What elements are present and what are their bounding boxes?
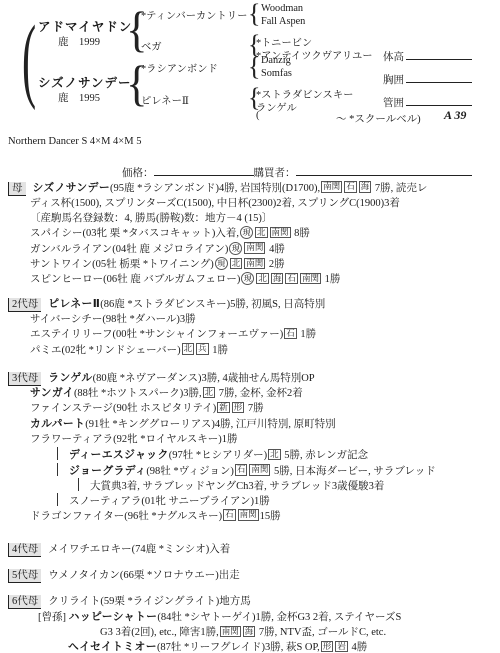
horse-name: カルパート (30, 418, 85, 430)
region-badge: 石 (284, 328, 297, 340)
horse-name: ハッピーシャトー (69, 611, 158, 623)
sire-sire-name: *ティンバーカントリー (141, 7, 247, 22)
generation-label: 6代母 (8, 595, 41, 609)
region-badge: 新 (217, 402, 230, 414)
catalog-line: カルパート(91牡 *キンググローリアス)4勝, 江戸川特別, 原町特別 (0, 417, 500, 432)
text-run: メイワチエロキー(74鹿 *ミンシオ)入着 (48, 544, 230, 555)
region-badge: 南関 (238, 509, 259, 521)
region-badge: 北 (203, 387, 216, 399)
section-gm2: 2代母ピレネーⅡ(86鹿 *ストラダビンスキー)5勝, 初風S, 日高特別サイバ… (0, 297, 500, 358)
text-run: 大賞典3着, サラブレッドヤングCh3着, サラブレッド3歳優駿3着 (90, 481, 384, 492)
catalog-line: ディーエスジャック(97牡 *ヒシアリダー)北 5勝, 赤レンガ記念 (0, 447, 500, 462)
sire-dam-name: ベガ (141, 38, 162, 53)
text-run: 〔産駒馬名登録数：4, 勝馬(勝鞍)数：地方－4 (15)〕 (30, 213, 272, 224)
region-badge: 石 (344, 181, 357, 193)
text-run: スパイシー(03牝 栗 *タバスコキャット)入着, (30, 228, 239, 239)
active-mark: 現 (215, 257, 228, 270)
text-run: (80鹿 *ネヴアーダンス)3勝, 4歳抽せん馬特別OP (93, 373, 315, 384)
text-run: (86鹿 *ストラダビンスキー)5勝, 初風S, 日高特別 (100, 299, 325, 310)
text-run: Northern Dancer S 4×M 4×M 5 (8, 136, 141, 147)
measure-height-blank (406, 48, 472, 60)
text-run: 7勝, 読売レ (372, 183, 427, 194)
blank-underline (296, 163, 472, 176)
text-run: スピンヒーロー(06牡 鹿 バブルガムフェロー) (30, 274, 240, 285)
section-gm3: 3代母ランゲル(80鹿 *ネヴアーダンス)3勝, 4歳抽せん馬特別OPサンガイ(… (0, 371, 500, 524)
section-dam: 母シズノサンデー(95鹿 *ラシアンボンド)4勝, 岩国特別(D1700),南関… (0, 181, 500, 288)
sire-gp2: Fall Aspen (261, 16, 305, 27)
catalog-line: 3代母ランゲル(80鹿 *ネヴアーダンス)3勝, 4歳抽せん馬特別OP (0, 371, 500, 386)
dam-gp1: Danzig (261, 55, 291, 66)
family-line-text: ～ *スクールベル) (336, 111, 421, 126)
generation-label: 2代母 (8, 298, 41, 312)
tree-bar (57, 463, 58, 476)
sire-name: アドマイヤドン (38, 17, 132, 35)
text-run: 5勝, 日本海ダービー, サラブレッド (271, 466, 435, 477)
catalog-line: G3 3着(2回), etc., 障害1勝,南関海 7勝, NTV盃, ゴールド… (0, 625, 500, 640)
horse-name: ピレネーⅡ (48, 298, 100, 310)
region-badge: 石 (285, 273, 298, 285)
text-run: 4勝 (266, 244, 284, 255)
catalog-line: 2代母ピレネーⅡ(86鹿 *ストラダビンスキー)5勝, 初風S, 日高特別 (0, 297, 500, 312)
tree-bar (57, 447, 58, 460)
text-run: 5勝, 赤レンガ記念 (282, 450, 368, 461)
sire-coat-year: 鹿 1999 (58, 34, 100, 49)
text-run: (95鹿 *ラシアンボンド)4勝, 岩国特別(D1700), (110, 183, 320, 194)
horse-name: サンガイ (30, 387, 74, 399)
text-run: 7勝, 金杯, 金杯2着 (216, 388, 303, 399)
horse-name: ランゲル (48, 372, 92, 384)
measure-height-label: 体高 (383, 52, 404, 63)
text-run: [曾孫] (38, 612, 69, 623)
measure-cannon-label: 管囲 (383, 98, 404, 109)
region-badge: 北 (255, 227, 268, 239)
dam-name: シズノサンデー (38, 73, 132, 91)
text-run: サイバーシチー(98牡 *ダハール)3勝 (30, 314, 196, 325)
text-run: エステイリリーフ(00牡 *サンシャインフォーエヴァー) (30, 329, 283, 340)
brace-sire-gp1: { (248, 1, 260, 27)
catalog-line: 4代母メイワチエロキー(74鹿 *ミンシオ)入着 (0, 542, 500, 557)
generation-label: 3代母 (8, 372, 41, 386)
text-run: 2勝 (266, 259, 284, 270)
text-run: パミエ(02牝 *リンドシェーバー) (30, 345, 181, 356)
text-run: ファインステージ(90牡 ホスピタリテイ) (30, 403, 216, 414)
dam-dam-name: ピレネーⅡ (141, 92, 189, 107)
region-badge: 海 (359, 181, 372, 193)
active-mark: 現 (240, 226, 253, 239)
text-run: 4勝 (349, 642, 367, 653)
catalog-line: ガンバルライアン(04牡 鹿 メジロライアン)現南関 4勝 (0, 242, 500, 257)
horse-name: ヘイセイトミオー (68, 641, 157, 653)
text-run: ディス杯(1500), スプリンターズC(1500), 中日杯(2300)2着,… (30, 198, 400, 209)
text-run: 7勝 (245, 403, 263, 414)
region-badge: 北 (230, 258, 243, 270)
text-run: (97牡 *ヒシアリダー) (169, 450, 267, 461)
section-gm6: 6代母クリライト(59栗 *ライジングライト)地方馬[曾孫] ハッピーシャトー(… (0, 594, 500, 653)
catalog-line: スパイシー(03牝 栗 *タバスコキャット)入着,現北南関 8勝 (0, 226, 500, 241)
section-gm5: 5代母ウメノタイカン(66栗 *ソロナウエー)出走 (0, 568, 500, 583)
catalog-line: 6代母クリライト(59栗 *ライジングライト)地方馬 (0, 594, 500, 609)
catalog-line: エステイリリーフ(00牡 *サンシャインフォーエヴァー)石 1勝 (0, 327, 500, 342)
generation-label: 4代母 (8, 543, 41, 557)
text-run: ウメノタイカン(66栗 *ソロナウエー)出走 (48, 570, 239, 581)
text-run: 1勝 (322, 274, 340, 285)
text-run: 1勝 (210, 345, 228, 356)
catalog-line: パミエ(02牝 *リンドシェーバー)北兵 1勝 (0, 343, 500, 358)
section-inbreed: Northern Dancer S 4×M 4×M 5 (0, 134, 500, 149)
region-badge: 南関 (321, 181, 342, 193)
catalog-line: 5代母ウメノタイカン(66栗 *ソロナウエー)出走 (0, 568, 500, 583)
region-badge: 南関 (220, 626, 241, 638)
family-number: A 39 (444, 108, 466, 123)
catalog-line: 大賞典3着, サラブレッドヤングCh3着, サラブレッド3歳優駿3着 (0, 478, 500, 493)
text-run: G3 3着(2回), etc., 障害1勝, (100, 627, 219, 638)
text-run: サントワイン(05牡 栃栗 *トワイニング) (30, 259, 214, 270)
catalog-line: 母シズノサンデー(95鹿 *ラシアンボンド)4勝, 岩国特別(D1700),南関… (0, 181, 500, 196)
region-badge: 北 (256, 273, 269, 285)
region-badge: 北 (182, 343, 195, 355)
text-run: 8勝 (292, 228, 310, 239)
region-badge: 海 (271, 273, 284, 285)
text-run: 価格： (122, 168, 154, 179)
measure-chest-label: 胸囲 (383, 75, 404, 86)
horse-name: ジョーグラディ (69, 465, 146, 477)
catalog-line: スノーティアラ(01牝 サニーブライアン)1勝 (0, 493, 500, 508)
measure-chest: 胸囲 (383, 71, 472, 87)
horse-name: シズノサンデー (33, 182, 111, 194)
catalog-line: スピンヒーロー(06牡 鹿 バブルガムフェロー)現北海石南関 1勝 (0, 272, 500, 287)
catalog-line: サントワイン(05牡 栃栗 *トワイニング)現北南関 2勝 (0, 257, 500, 272)
measure-chest-blank (406, 71, 472, 83)
catalog-line: ファインステージ(90牡 ホスピタリテイ)新形 7勝 (0, 401, 500, 416)
text-run: (87牡 *リーフグレイド)3勝, 萩S OP, (157, 642, 320, 653)
catalog-body: Northern Dancer S 4×M 4×M 5価格：購買者：母シズノサン… (0, 134, 500, 653)
text-run: 7勝, NTV盃, ゴールドC, etc. (256, 627, 386, 638)
catalog-line: ディス杯(1500), スプリンターズC(1500), 中日杯(2300)2着,… (0, 196, 500, 211)
text-run: 15勝 (260, 511, 281, 522)
catalog-line: ドラゴンファイター(96牡 *ナグルスキー)石南関15勝 (0, 509, 500, 524)
text-run: (98牡 *ヴィジョン) (146, 466, 234, 477)
active-mark: 現 (229, 242, 242, 255)
dam-sire-name: *ラシアンボンド (141, 60, 218, 75)
dam-gp2: Somfas (261, 68, 292, 79)
catalog-line: フラワーティアラ(92牝 *ロイヤルスキー)1勝 (0, 432, 500, 447)
catalog-line: サンガイ(88牡 *ホツトスパーク)3勝,北 7勝, 金杯, 金杯2着 (0, 386, 500, 401)
text-run: (88牡 *ホツトスパーク)3勝, (74, 388, 202, 399)
text-run: フラワーティアラ(92牝 *ロイヤルスキー)1勝 (30, 434, 238, 445)
region-badge: 石 (223, 509, 236, 521)
pedigree-chart: ( { { { { { { アドマイヤドン 鹿 1999 *ティンバーカントリー… (0, 0, 500, 129)
region-badge: 南関 (244, 242, 265, 254)
region-badge: 南関 (249, 464, 270, 476)
text-run: 購買者： (254, 168, 296, 179)
region-badge: 形 (321, 641, 334, 653)
region-badge: 海 (243, 626, 256, 638)
generation-label: 母 (8, 182, 26, 196)
tree-bar (57, 493, 58, 506)
sire-gp1: Woodman (261, 3, 303, 14)
text-run: (91牡 *キンググローリアス)4勝, 江戸川特別, 原町特別 (85, 419, 335, 430)
catalog-line: 〔産駒馬名登録数：4, 勝馬(勝鞍)数：地方－4 (15)〕 (0, 211, 500, 226)
region-badge: 北 (268, 449, 281, 461)
dam-gp4: ランゲル (256, 99, 297, 114)
blank-underline (154, 163, 254, 176)
region-badge: 石 (235, 464, 248, 476)
catalog-line: サイバーシチー(98牡 *ダハール)3勝 (0, 312, 500, 327)
catalog-line: 価格：購買者： (0, 163, 500, 178)
generation-label: 5代母 (8, 569, 41, 583)
measure-cannon-blank (406, 94, 472, 106)
region-badge: 兵 (196, 343, 209, 355)
region-badge: 南関 (270, 227, 291, 239)
text-run: (84牡 *シヤトーゲイ)1勝, 金杯G3 2着, ステイヤーズS (157, 612, 401, 623)
text-run: 1勝 (298, 329, 316, 340)
catalog-line: ジョーグラディ(98牡 *ヴィジョン)石南関 5勝, 日本海ダービー, サラブレ… (0, 463, 500, 478)
region-badge: 岩 (335, 641, 348, 653)
catalog-page: ( { { { { { { アドマイヤドン 鹿 1999 *ティンバーカントリー… (0, 0, 500, 653)
text-run: スノーティアラ(01牝 サニーブライアン)1勝 (69, 496, 270, 507)
catalog-line: ヘイセイトミオー(87牡 *リーフグレイド)3勝, 萩S OP,形岩 4勝 (0, 640, 500, 653)
family-open-paren: ( (256, 110, 260, 121)
tree-bar (78, 478, 79, 491)
section-gm4: 4代母メイワチエロキー(74鹿 *ミンシオ)入着 (0, 542, 500, 557)
text-run: ドラゴンファイター(96牡 *ナグルスキー) (30, 511, 222, 522)
region-badge: 形 (232, 402, 245, 414)
region-badge: 南関 (244, 258, 265, 270)
catalog-line: Northern Dancer S 4×M 4×M 5 (0, 134, 500, 149)
catalog-line: [曾孫] ハッピーシャトー(84牡 *シヤトーゲイ)1勝, 金杯G3 2着, ス… (0, 610, 500, 625)
outer-bracket: ( (22, 12, 36, 106)
dam-coat-year: 鹿 1995 (58, 90, 100, 105)
active-mark: 現 (241, 272, 254, 285)
region-badge: 南関 (300, 273, 321, 285)
measure-height: 体高 (383, 48, 472, 64)
text-run: クリライト(59栗 *ライジングライト)地方馬 (48, 596, 250, 607)
horse-name: ディーエスジャック (69, 449, 169, 461)
section-sale: 価格：購買者： (0, 163, 500, 178)
text-run: ガンバルライアン(04牡 鹿 メジロライアン) (30, 244, 228, 255)
